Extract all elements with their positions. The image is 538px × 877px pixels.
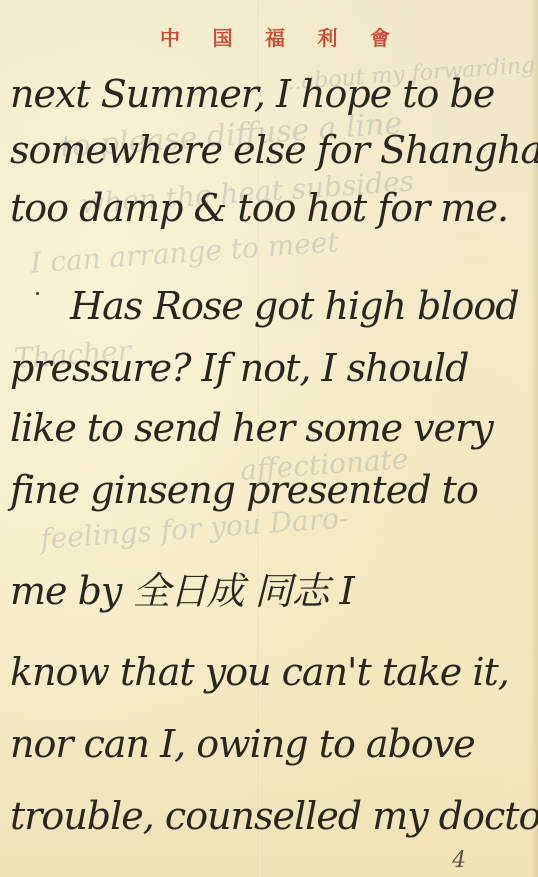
- letter-line: trouble, counselled my doctors: [10, 794, 538, 838]
- letter-line: pressure? If not, I should: [10, 346, 468, 390]
- bleed-through-line: I can arrange to meet: [29, 225, 339, 279]
- letter-line: know that you can't take it,: [10, 650, 509, 694]
- letterhead-char: 国: [213, 22, 233, 51]
- letter-line: fine ginseng presented to: [10, 468, 478, 512]
- letter-line: Has Rose got high blood: [70, 284, 519, 328]
- letter-line: like to send her some very: [10, 406, 493, 450]
- letter-line: next Summer, I hope to be: [10, 72, 494, 116]
- page-number: 4: [452, 848, 466, 873]
- letterhead-char: 中: [160, 22, 180, 51]
- letter-line: too damp & too hot for me.: [10, 186, 508, 230]
- letterhead-char: 福: [265, 22, 285, 51]
- letter-line: somewhere else for Shanghai is: [10, 128, 538, 172]
- letterhead: 中 国 福 利 會: [160, 22, 390, 51]
- letter-line: nor can I, owing to above: [10, 722, 475, 766]
- letter-line: me by 全日成 同志 I: [10, 560, 354, 615]
- ink-dot: [36, 292, 39, 295]
- letterhead-char: 利: [318, 22, 338, 51]
- letterhead-char: 會: [370, 22, 390, 51]
- letter-page: 中 国 福 利 會 ...about my forwarding to plea…: [0, 0, 538, 877]
